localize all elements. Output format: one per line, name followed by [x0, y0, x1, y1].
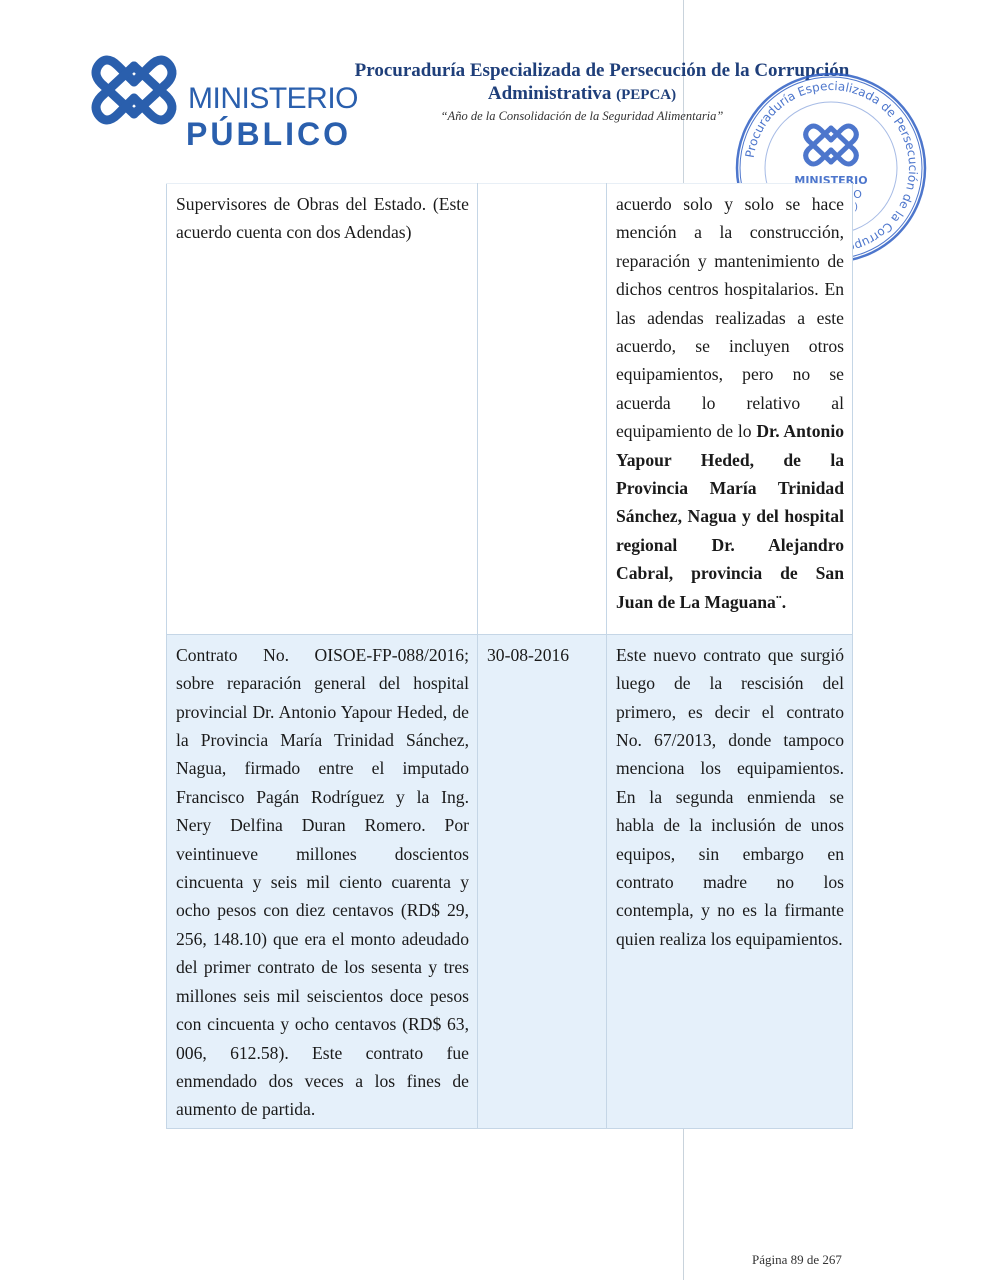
cell-observation: Este nuevo contrato que surgió luego de … — [607, 634, 853, 1128]
table-row: Contrato No. OISOE-FP-088/2016; sobre re… — [167, 634, 853, 1128]
cell-date: 30-08-2016 — [478, 634, 607, 1128]
cell-observation: acuerdo solo y solo se hace mención a la… — [607, 184, 853, 635]
cell-date — [478, 184, 607, 635]
cell-contract-description: Contrato No. OISOE-FP-088/2016; sobre re… — [167, 634, 478, 1128]
header-title-abbr: (PEPCA) — [616, 87, 676, 103]
cell-text: 30-08-2016 — [487, 645, 569, 665]
contracts-table: Supervisores de Obras del Estado. (Este … — [166, 183, 853, 1129]
ministerio-publico-logo: MINISTERIO PÚBLICO — [88, 44, 328, 144]
table-row: Supervisores de Obras del Estado. (Este … — [167, 184, 853, 635]
cell-text-bold: Dr. Antonio Yapour Heded, de la Provinci… — [616, 421, 844, 611]
seal-knot-icon — [806, 126, 857, 164]
cell-text-plain: acuerdo solo y solo se hace mención a la… — [616, 194, 844, 441]
ministerio-publico-knot-icon — [88, 44, 180, 136]
header-title-main: Administrativa — [488, 83, 616, 104]
cell-text: Supervisores de Obras del Estado. (Este … — [176, 190, 469, 247]
cell-contract-description: Supervisores de Obras del Estado. (Este … — [167, 184, 478, 635]
cell-text: Contrato No. OISOE-FP-088/2016; sobre re… — [176, 641, 469, 1124]
cell-text-plain: Este nuevo contrato que surgió luego de … — [616, 645, 844, 949]
page-number: Página 89 de 267 — [752, 1252, 842, 1268]
